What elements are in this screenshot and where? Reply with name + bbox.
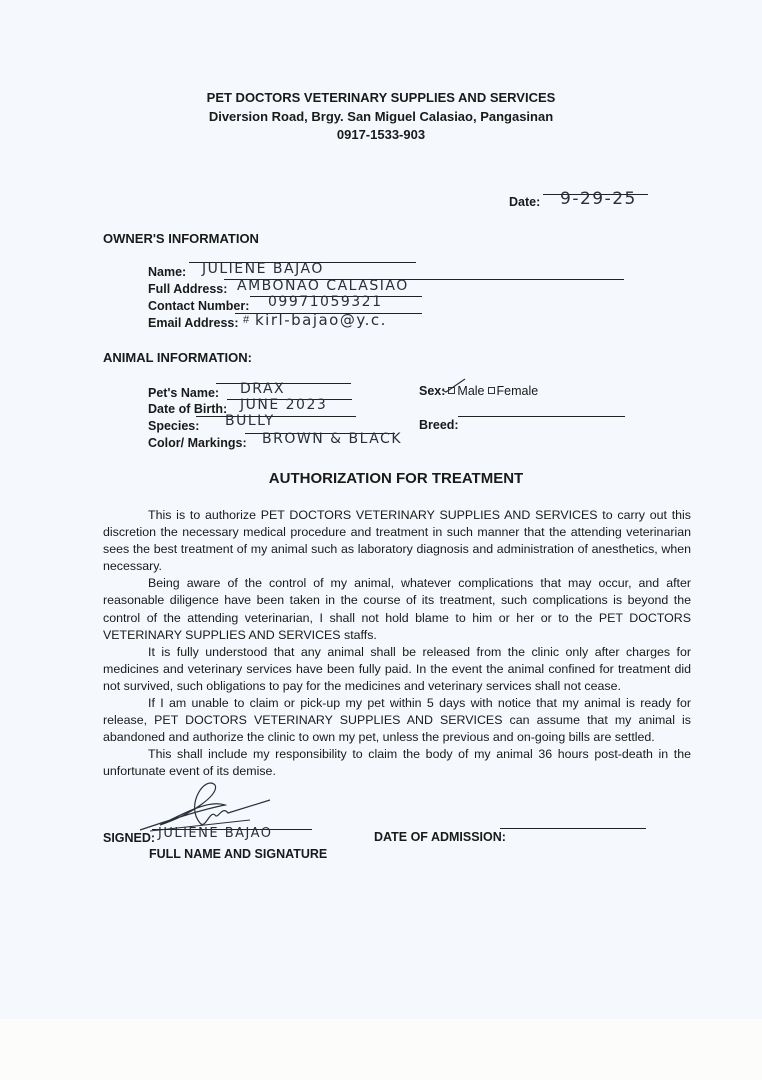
authorization-paragraph: It is fully understood that any animal s… — [103, 644, 691, 695]
owner-name-value[interactable]: JULIENE BAJAO — [202, 261, 324, 277]
date-value[interactable]: 9-29-25 — [560, 189, 637, 209]
authorization-paragraph: This is to authorize PET DOCTORS VETERIN… — [103, 507, 691, 575]
clinic-phone: 0917-1533-903 — [0, 126, 762, 145]
authorization-paragraph: Being aware of the control of my animal,… — [103, 575, 691, 643]
check-mark-icon — [441, 377, 467, 393]
clinic-address: Diversion Road, Brgy. San Miguel Calasia… — [0, 108, 762, 127]
owner-section-title: OWNER'S INFORMATION — [103, 231, 259, 246]
authorization-title: AUTHORIZATION FOR TREATMENT — [0, 470, 762, 487]
scribble-mark: # — [243, 314, 249, 326]
pet-name-value[interactable]: DRAX — [240, 381, 285, 397]
species-label: Species: — [148, 419, 199, 433]
owner-contact-label: Contact Number: — [148, 299, 249, 313]
pet-name-label: Pet's Name: — [148, 386, 219, 400]
animal-section-title: ANIMAL INFORMATION: — [103, 350, 252, 365]
owner-name-label: Name: — [148, 265, 186, 279]
owner-email-label: Email Address: — [148, 316, 239, 330]
sex-field: Sex:MaleFemale — [419, 384, 538, 398]
clinic-header: PET DOCTORS VETERINARY SUPPLIES AND SERV… — [0, 89, 762, 145]
authorization-paragraph: If I am unable to claim or pick-up my pe… — [103, 695, 691, 746]
admission-date-label: DATE OF ADMISSION: — [374, 830, 506, 844]
signature-caption: FULL NAME AND SIGNATURE — [149, 847, 327, 861]
dob-label: Date of Birth: — [148, 402, 227, 416]
color-markings-value[interactable]: BROWN & BLACK — [262, 431, 402, 447]
species-value[interactable]: BULLY — [225, 413, 275, 429]
dob-value[interactable]: JUNE 2023 — [240, 397, 327, 413]
owner-address-label: Full Address: — [148, 282, 227, 296]
admission-date-line[interactable] — [500, 828, 646, 829]
color-markings-label: Color/ Markings: — [148, 436, 247, 450]
breed-line[interactable] — [458, 416, 625, 417]
date-label: Date: — [509, 195, 540, 209]
owner-address-value[interactable]: AMBONAO CALASIAO — [237, 278, 409, 294]
signed-name-value[interactable]: JULIENE BAJAO — [158, 826, 273, 841]
sex-female-checkbox[interactable] — [488, 387, 495, 394]
species-line — [196, 416, 356, 417]
authorization-body: This is to authorize PET DOCTORS VETERIN… — [103, 507, 691, 781]
sex-female-option: Female — [497, 384, 539, 398]
signed-label: SIGNED: — [103, 831, 155, 845]
clinic-name: PET DOCTORS VETERINARY SUPPLIES AND SERV… — [0, 89, 762, 108]
breed-label: Breed: — [419, 418, 459, 432]
owner-email-value[interactable]: kirl-bajao@y.c. — [255, 311, 387, 329]
owner-contact-value[interactable]: 09971059321 — [268, 294, 382, 310]
paper-bottom-edge — [0, 1019, 762, 1080]
